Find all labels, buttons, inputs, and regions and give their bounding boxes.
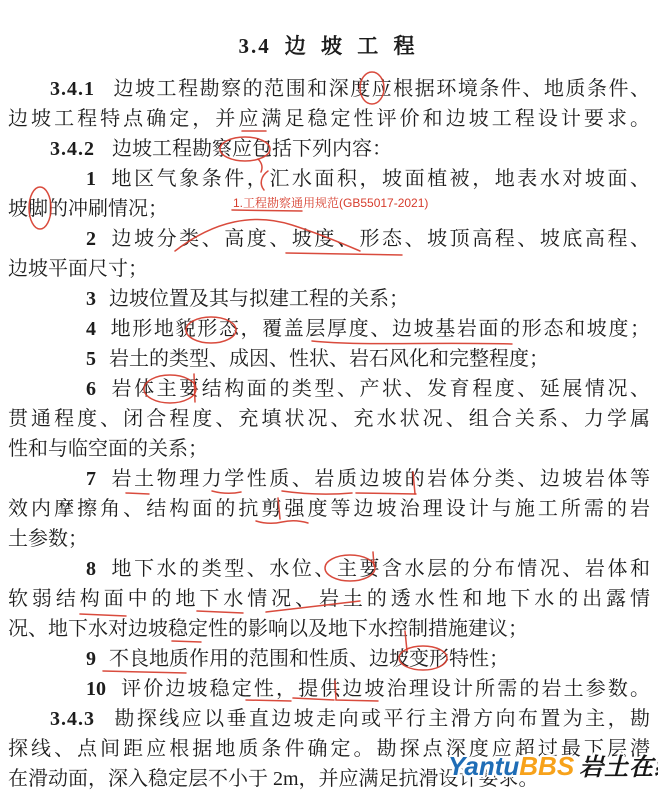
doc-line-17: 8地下水的类型、水位、主要含水层的分布情况、岩体和 bbox=[8, 554, 650, 584]
watermark-bbs: BBS bbox=[519, 751, 574, 781]
clause-number: 3.4.1 bbox=[50, 78, 95, 100]
line-text: 勘探线应以垂直边坡走向或平行主滑方向布置为主，勘 bbox=[112, 708, 650, 730]
line-text: 地区气象条件，汇水面积，坡面植被，地表水对坡面、 bbox=[109, 168, 650, 190]
doc-line-6: 2边坡分类、高度、坡度、形态、坡顶高程、坡底高程、 bbox=[8, 224, 650, 254]
clause-number: 9 bbox=[86, 648, 96, 670]
doc-line-21: 10评价边坡稳定性，提供边坡治理设计所需的岩土参数。 bbox=[8, 674, 650, 704]
doc-line-12: 贯通程度、闭合程度、充填状况、充水状况、组合关系、力学属 bbox=[8, 404, 650, 434]
doc-line-7: 边坡平面尺寸； bbox=[8, 254, 650, 284]
section-title-text: 边 坡 工 程 bbox=[285, 34, 420, 58]
line-text: 贯通程度、闭合程度、充填状况、充水状况、组合关系、力学属 bbox=[8, 408, 650, 430]
doc-line-20: 9不良地质作用的范围和性质、边坡变形特性； bbox=[8, 644, 650, 674]
doc-line-19: 况、地下水对边坡稳定性的影响以及地下水控制措施建议； bbox=[8, 614, 650, 644]
doc-line-11: 6岩体主要结构面的类型、产状、发育程度、延展情况、 bbox=[8, 374, 650, 404]
section-title: 3.4边 坡 工 程 bbox=[8, 33, 650, 74]
watermark-yantu: Yantu bbox=[448, 751, 519, 781]
line-text: 不良地质作用的范围和性质、边坡变形特性； bbox=[109, 648, 509, 670]
line-text: 边坡平面尺寸； bbox=[8, 258, 148, 280]
line-text: 边坡工程勘察的范围和深度应根据环境条件、地质条件、 bbox=[112, 78, 650, 100]
clause-number: 1 bbox=[86, 168, 96, 190]
watermark: YantuBBS岩土在线 bbox=[448, 747, 658, 782]
line-text: 边坡位置及其与拟建工程的关系； bbox=[109, 288, 409, 310]
clause-number: 3.4.2 bbox=[50, 138, 95, 160]
clause-number: 5 bbox=[86, 348, 96, 370]
line-text: 地下水的类型、水位、主要含水层的分布情况、岩体和 bbox=[109, 558, 650, 580]
line-text: 岩土物理力学性质、岩质边坡的岩体分类、边坡岩体等 bbox=[109, 468, 650, 490]
doc-line-8: 3边坡位置及其与拟建工程的关系； bbox=[8, 284, 650, 314]
doc-line-13: 性和与临空面的关系； bbox=[8, 434, 650, 464]
clause-number: 3 bbox=[86, 288, 96, 310]
clause-number: 8 bbox=[86, 558, 96, 580]
document-page: 3.4边 坡 工 程 3.4.1边坡工程勘察的范围和深度应根据环境条件、地质条件… bbox=[0, 0, 658, 799]
line-text: 坡脚的冲刷情况； bbox=[8, 198, 168, 220]
doc-line-9: 4地形地貌形态，覆盖层厚度、边坡基岩面的形态和坡度； bbox=[8, 314, 650, 344]
doc-line-15: 效内摩擦角、结构面的抗剪强度等边坡治理设计与施工所需的岩 bbox=[8, 494, 650, 524]
line-text: 岩土的类型、成因、性状、岩石风化和完整程度； bbox=[109, 348, 549, 370]
clause-number: 10 bbox=[86, 678, 106, 700]
clause-number: 6 bbox=[86, 378, 96, 400]
line-text: 边坡分类、高度、坡度、形态、坡顶高程、坡底高程、 bbox=[109, 228, 650, 250]
line-text: 边坡工程特点确定，并应满足稳定性评价和边坡工程设计要求。 bbox=[8, 108, 650, 130]
line-text: 地形地貌形态，覆盖层厚度、边坡基岩面的形态和坡度； bbox=[109, 318, 650, 340]
clause-number: 2 bbox=[86, 228, 96, 250]
clause-number: 4 bbox=[86, 318, 96, 340]
doc-line-4: 1地区气象条件，汇水面积，坡面植被，地表水对坡面、 bbox=[8, 164, 650, 194]
line-text: 软弱结构面中的地下水情况、岩土的透水性和地下水的出露情 bbox=[8, 588, 650, 610]
document-text: 3.4边 坡 工 程 3.4.1边坡工程勘察的范围和深度应根据环境条件、地质条件… bbox=[8, 0, 650, 794]
red-reference-note: 1.工程勘察通用规范(GB55017-2021) bbox=[233, 196, 428, 210]
line-text: 况、地下水对边坡稳定性的影响以及地下水控制措施建议； bbox=[8, 618, 528, 640]
line-text: 评价边坡稳定性，提供边坡治理设计所需的岩土参数。 bbox=[119, 678, 650, 700]
line-text: 性和与临空面的关系； bbox=[8, 438, 208, 460]
doc-line-2: 边坡工程特点确定，并应满足稳定性评价和边坡工程设计要求。 bbox=[8, 104, 650, 134]
clause-number: 3.4.3 bbox=[50, 708, 95, 730]
clause-number: 7 bbox=[86, 468, 96, 490]
doc-line-18: 软弱结构面中的地下水情况、岩土的透水性和地下水的出露情 bbox=[8, 584, 650, 614]
line-text: 岩体主要结构面的类型、产状、发育程度、延展情况、 bbox=[109, 378, 650, 400]
line-text: 土参数； bbox=[8, 528, 88, 550]
doc-line-14: 7岩土物理力学性质、岩质边坡的岩体分类、边坡岩体等 bbox=[8, 464, 650, 494]
doc-line-10: 5岩土的类型、成因、性状、岩石风化和完整程度； bbox=[8, 344, 650, 374]
section-number: 3.4 bbox=[239, 34, 271, 58]
doc-line-3: 3.4.2边坡工程勘察应包括下列内容： bbox=[8, 134, 650, 164]
line-text: 边坡工程勘察应包括下列内容： bbox=[112, 138, 392, 160]
doc-line-1: 3.4.1边坡工程勘察的范围和深度应根据环境条件、地质条件、 bbox=[8, 74, 650, 104]
doc-line-16: 土参数； bbox=[8, 524, 650, 554]
line-text: 效内摩擦角、结构面的抗剪强度等边坡治理设计与施工所需的岩 bbox=[8, 498, 650, 520]
doc-line-22: 3.4.3勘探线应以垂直边坡走向或平行主滑方向布置为主，勘 bbox=[8, 704, 650, 734]
watermark-cn: 岩土在线 bbox=[579, 754, 658, 781]
document-body: 3.4.1边坡工程勘察的范围和深度应根据环境条件、地质条件、边坡工程特点确定，并… bbox=[8, 74, 650, 794]
